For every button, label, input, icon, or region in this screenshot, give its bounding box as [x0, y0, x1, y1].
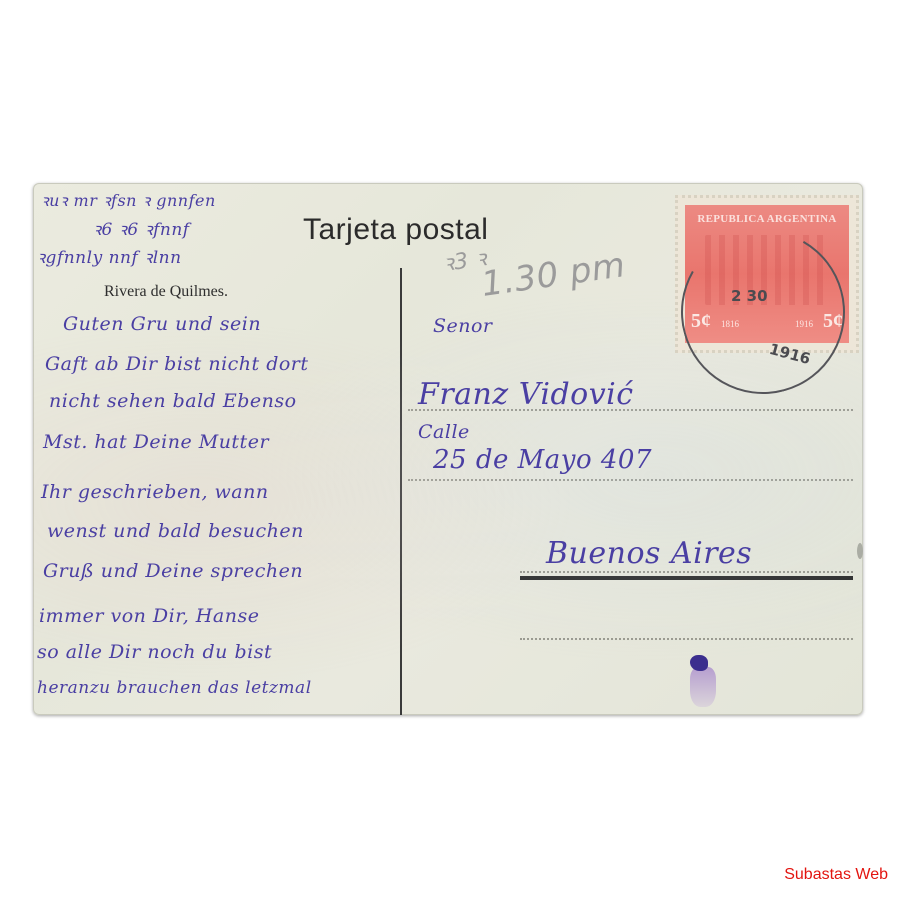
message-line: ꝛuꝛ mr ꝛfsn ꝛ gnnfen — [41, 189, 216, 211]
ink-blot — [690, 655, 708, 671]
ink-smear — [690, 667, 716, 707]
postcard: Tarjeta postal Rivera de Quilmes. ꝛuꝛ mr… — [33, 183, 863, 715]
message-line: immer von Dir, Hanse — [39, 605, 259, 627]
address-line-3 — [520, 571, 853, 573]
message-line: nicht sehen bald Ebenso — [49, 390, 297, 412]
postcard-title: Tarjeta postal — [303, 213, 488, 247]
postmark-time: 2 30 — [731, 287, 768, 305]
address-line-2 — [408, 479, 853, 481]
stamp-country: REPUBLICA ARGENTINA — [685, 213, 849, 225]
message-line: wenst und bald besuchen — [47, 520, 304, 542]
address-city: Buenos Aires — [546, 536, 752, 571]
address-street-label: Calle — [418, 421, 470, 443]
message-line: Gruß und Deine sprechen — [43, 560, 303, 582]
message-line: ꝛgfnnly nnf ꝛlnn — [37, 245, 182, 268]
message-line: ꝛ6 ꝛ6 ꝛfnnf — [93, 217, 190, 240]
address-street: 25 de Mayo 407 — [433, 445, 652, 475]
city-underline — [520, 576, 853, 580]
message-line: heranzu brauchen das letzmal — [37, 678, 312, 698]
center-divider — [400, 268, 402, 715]
address-salutation: Senor — [433, 315, 493, 337]
postcard-caption: Rivera de Quilmes. — [104, 283, 228, 301]
address-name: Franz Vidović — [418, 377, 634, 412]
message-line: Ihr geschrieben, wann — [41, 481, 269, 503]
pencil-time: 1.30 pm — [479, 245, 628, 305]
message-line: Gaft ab Dir bist nicht dort — [45, 353, 309, 375]
address-line-4 — [520, 638, 853, 640]
message-line: so alle Dir noch du bist — [37, 641, 272, 663]
message-line: Mst. hat Deine Mutter — [43, 431, 269, 453]
edge-mark — [857, 543, 863, 559]
watermark: Subastas Web — [784, 866, 888, 884]
message-line: Guten Gru und sein — [63, 313, 261, 335]
